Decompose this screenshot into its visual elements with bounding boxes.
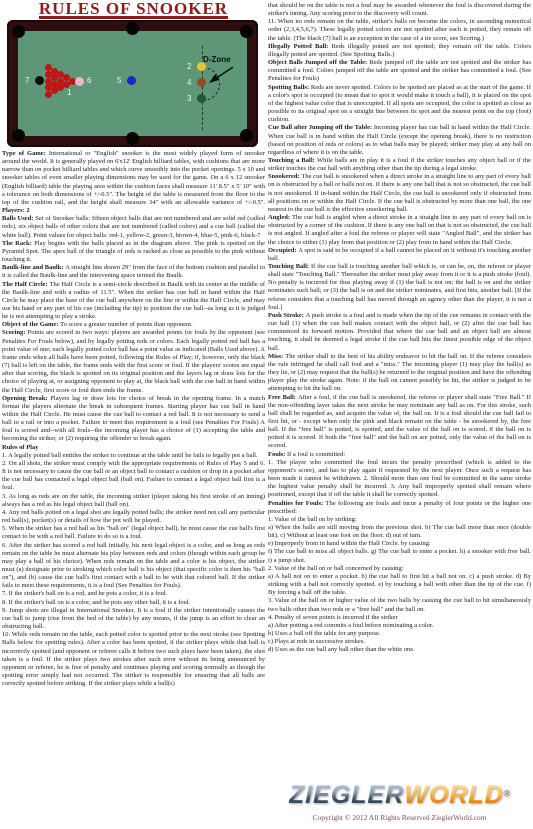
paragraph: 1. The player who committed the foul inc… [268, 459, 531, 500]
paragraph: 9. Jump shots are illegal in Internation… [2, 607, 265, 631]
side-pocket [126, 132, 139, 145]
paragraph: Snookered: The cue ball is snookered whe… [268, 173, 531, 214]
green-ball [197, 94, 206, 103]
paragraph: 3. As long as reds are on the table, the… [2, 493, 265, 509]
paragraph: 1. A legally potted ball entitles the st… [2, 452, 265, 460]
paragraph: 2. Value of the ball on or ball concerne… [268, 565, 531, 573]
d-zone-arrow-icon [206, 64, 236, 86]
zieglerworld-logo: ZIEGLERWORLD® [268, 781, 531, 810]
ball-label-green: 3 [187, 94, 191, 103]
d-zone-label: D-Zone [203, 55, 231, 64]
paragraph: Scoring: Points are scored in two ways: … [2, 329, 265, 394]
paragraph: a) After potting a red commits a foul be… [268, 622, 531, 630]
right-column: that should be on the table is not a fou… [268, 0, 531, 829]
paragraph: a) When the balls are still moving from … [268, 524, 531, 540]
left-column-text: Type of Game: International or "English"… [2, 150, 265, 829]
blue-ball [127, 76, 136, 85]
paragraph: Object of the Game: To score a greater n… [2, 321, 265, 329]
black-ball [35, 76, 44, 85]
paragraph: The Half Circle: The Half Circle is a se… [2, 281, 265, 322]
paragraph: 3. Value of the ball on or higher value … [268, 597, 531, 613]
logo-world-text: WORLD [404, 781, 503, 810]
paragraph: 6. After the striker has scored a red ba… [2, 542, 265, 591]
ball-label-yellow: 2 [187, 62, 191, 71]
paragraph: Fouls: If a foul is committed: [268, 451, 531, 459]
paragraph: 2. On all shots, the striker must comply… [2, 460, 265, 493]
paragraph: b) Uses a ball off the table for any pur… [268, 630, 531, 638]
paragraph: Cue Ball after Jumping off the Table: In… [268, 124, 531, 157]
paragraph: 11. When no reds remain on the table, st… [268, 18, 531, 42]
snooker-table-diagram: D-Zone 7 1 6 5 2 4 3 [7, 20, 258, 147]
paragraph: Push Stroke: A push stroke is a foul and… [268, 312, 531, 353]
paragraph: that should be on the table is not a fou… [268, 2, 531, 18]
paragraph: 8. If the striker's ball on is a color, … [2, 599, 265, 607]
yellow-ball [197, 62, 206, 71]
registered-trademark-icon: ® [504, 789, 511, 799]
paragraph: Touching a Ball: While balls are in play… [268, 157, 531, 173]
paragraph: 7. If the striker's ball on is a red, an… [2, 590, 265, 598]
ball-label-black: 7 [25, 76, 29, 85]
paragraph: Illegally Potted Ball: Reds illegally po… [268, 43, 531, 59]
copyright-text: Copyright © 2012 All Rights Reserved Zie… [268, 813, 531, 822]
logo-ziegler-text: ZIEGLER [289, 781, 404, 810]
ball-label-pink: 6 [87, 76, 91, 85]
paragraph: Spotting Balls: Reds are never spotted. … [268, 84, 531, 125]
paragraph: The Rack: Play begins with the balls pla… [2, 240, 265, 264]
corner-pocket [12, 25, 25, 38]
paragraph: Balls Used: Set of Snooker balls: fiftee… [2, 215, 265, 239]
right-column-text: that should be on the table is not a fou… [268, 2, 531, 775]
page-title: RULES OF SNOOKER [39, 2, 228, 19]
paragraph: Touching Ball: If the cue ball is touchi… [268, 263, 531, 312]
paragraph: 4. Penalty of seven points is incurred i… [268, 614, 531, 622]
paragraph: Object Balls Jumped off the Table: Reds … [268, 59, 531, 83]
paragraph: Opening Break: Players lag or draw lots … [2, 395, 265, 444]
brown-ball [197, 78, 206, 87]
paragraph: Type of Game: International or "English"… [2, 150, 265, 215]
paragraph: Miss: The striker shall to the best of h… [268, 353, 531, 394]
paragraph: c) Plays at reds in successive strokes. [268, 638, 531, 646]
paragraph: f) The cue ball to miss all object balls… [268, 548, 531, 564]
paragraph: Rules of Play [2, 444, 265, 452]
pink-ball [75, 77, 84, 86]
paragraph: 5. When the striker has a red ball as hi… [2, 525, 265, 541]
corner-pocket [240, 129, 253, 142]
paragraph: Angled: The cue ball is angled when a di… [268, 214, 531, 247]
paragraph: 4. Any red balls potted on a legal shot … [2, 509, 265, 525]
paragraph: e) Improperly from in hand within the Ha… [268, 540, 531, 548]
paragraph: 1. Value of the ball on by striking: [268, 516, 531, 524]
ball-label-blue: 5 [117, 76, 121, 85]
paragraph: a) A ball not on to enter a pocket. b) t… [268, 573, 531, 597]
paragraph: d) Uses as the cue ball any ball other t… [268, 646, 531, 654]
snooker-rules-page: RULES OF SNOOKER D-Zone [0, 0, 533, 829]
paragraph: Occupied: A spot is said to be occupied … [268, 247, 531, 263]
corner-pocket [240, 25, 253, 38]
side-pocket [126, 22, 139, 35]
paragraph: Penalties for Fouls: The following are f… [268, 500, 531, 516]
paragraph: 10. While reds remain on the table, each… [2, 631, 265, 688]
corner-pocket [12, 129, 25, 142]
left-column: RULES OF SNOOKER D-Zone [2, 0, 265, 829]
ball-label-brown: 4 [187, 78, 191, 87]
page-title-wrap: RULES OF SNOOKER [2, 0, 265, 19]
paragraph: Free Ball: After a foul, if the cue ball… [268, 394, 531, 451]
ball-label-reds: 1 [67, 88, 71, 97]
paragraph: Baulk-line and Baulk: A straight line dr… [2, 264, 265, 280]
